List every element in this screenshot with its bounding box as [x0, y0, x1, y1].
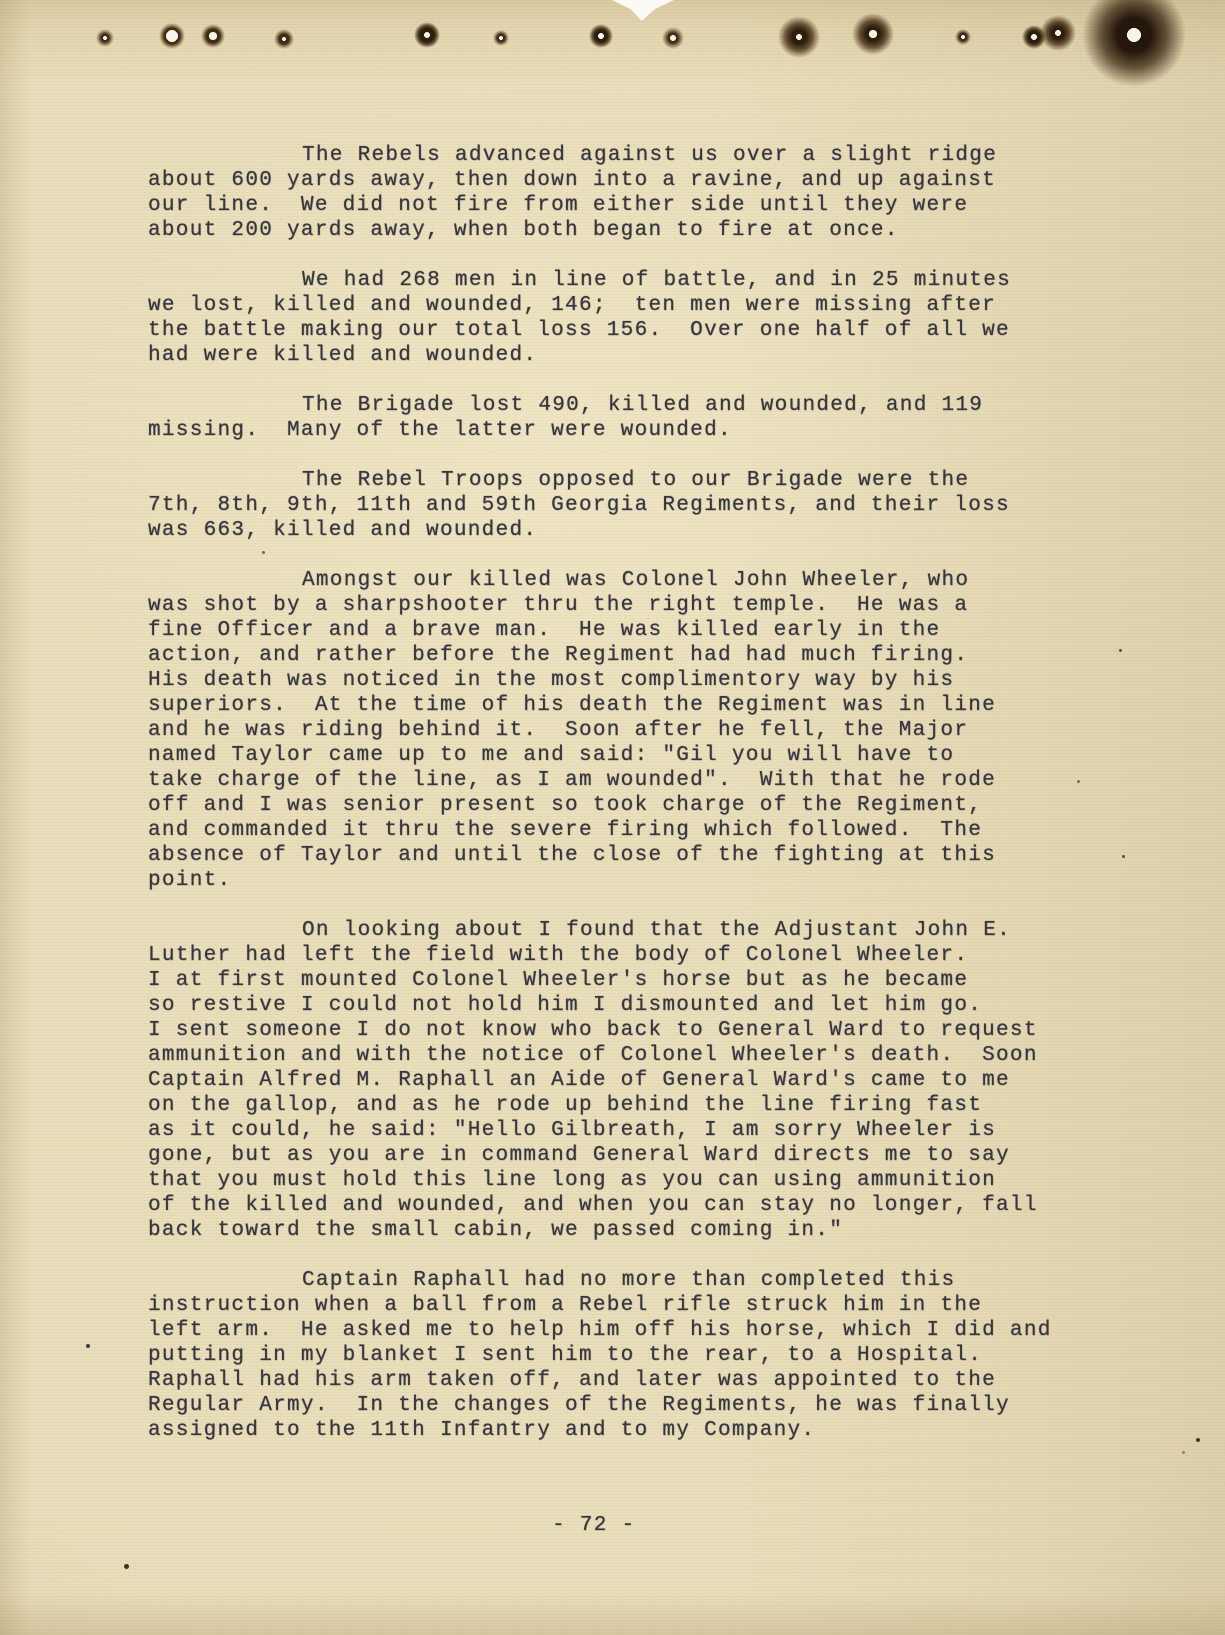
- text-line: I sent someone I do not know who back to…: [148, 1018, 1178, 1043]
- text-line: missing. Many of the latter were wounded…: [148, 418, 1178, 443]
- text-line: about 200 yards away, when both began to…: [148, 218, 1178, 243]
- staple-hole: [414, 22, 440, 48]
- text-line: superiors. At the time of his death the …: [148, 693, 1178, 718]
- text-line: back toward the small cabin, we passed c…: [148, 1218, 1178, 1243]
- text-line: The Brigade lost 490, killed and wounded…: [148, 393, 1178, 418]
- text-line: Raphall had his arm taken off, and later…: [148, 1368, 1178, 1393]
- text-line: absence of Taylor and until the close of…: [148, 843, 1178, 868]
- staple-hole: [96, 29, 114, 47]
- text-line: The Rebels advanced against us over a sl…: [148, 143, 1178, 168]
- staple-hole: [159, 23, 185, 49]
- text-line: of the killed and wounded, and when you …: [148, 1193, 1178, 1218]
- staple-hole: [852, 13, 894, 55]
- text-line: ammunition and with the notice of Colone…: [148, 1043, 1178, 1068]
- paper-speck: [86, 1344, 90, 1348]
- staple-hole: [274, 29, 294, 49]
- text-line: on the gallop, and as he rode up behind …: [148, 1093, 1178, 1118]
- text-line: about 600 yards away, then down into a r…: [148, 168, 1178, 193]
- paragraph: The Rebel Troops opposed to our Brigade …: [148, 468, 1178, 543]
- paragraph: The Rebels advanced against us over a sl…: [148, 143, 1178, 243]
- staple-hole: [1040, 15, 1076, 51]
- text-line: and commanded it thru the severe firing …: [148, 818, 1178, 843]
- staple-hole: [201, 24, 225, 48]
- document-page: The Rebels advanced against us over a sl…: [0, 0, 1225, 1635]
- text-line: action, and rather before the Regiment h…: [148, 643, 1178, 668]
- paragraph: We had 268 men in line of battle, and in…: [148, 268, 1178, 368]
- text-line: Captain Raphall had no more than complet…: [148, 1268, 1178, 1293]
- text-line: off and I was senior present so took cha…: [148, 793, 1178, 818]
- text-line: Captain Alfred M. Raphall an Aide of Gen…: [148, 1068, 1178, 1093]
- paper-speck: [1196, 1438, 1200, 1442]
- text-line: On looking about I found that the Adjust…: [148, 918, 1178, 943]
- staple-hole: [493, 30, 509, 46]
- text-line: The Rebel Troops opposed to our Brigade …: [148, 468, 1178, 493]
- text-line: was 663, killed and wounded.: [148, 518, 1178, 543]
- staple-hole: [1082, 0, 1186, 87]
- text-line: Amongst our killed was Colonel John Whee…: [148, 568, 1178, 593]
- text-line: Regular Army. In the changes of the Regi…: [148, 1393, 1178, 1418]
- text-line: 7th, 8th, 9th, 11th and 59th Georgia Reg…: [148, 493, 1178, 518]
- text-line: putting in my blanket I sent him to the …: [148, 1343, 1178, 1368]
- paragraph: On looking about I found that the Adjust…: [148, 918, 1178, 1243]
- paragraph: Amongst our killed was Colonel John Whee…: [148, 568, 1178, 893]
- text-line: so restive I could not hold him I dismou…: [148, 993, 1178, 1018]
- text-line: our line. We did not fire from either si…: [148, 193, 1178, 218]
- text-line: assigned to the 11th Infantry and to my …: [148, 1418, 1178, 1443]
- text-line: We had 268 men in line of battle, and in…: [148, 268, 1178, 293]
- text-line: point.: [148, 868, 1178, 893]
- text-line: His death was noticed in the most compli…: [148, 668, 1178, 693]
- typewritten-text: The Rebels advanced against us over a sl…: [148, 143, 1178, 1443]
- staple-hole: [589, 24, 613, 48]
- text-line: that you must hold this line long as you…: [148, 1168, 1178, 1193]
- text-line: gone, but as you are in command General …: [148, 1143, 1178, 1168]
- torn-notch: [612, 0, 674, 22]
- text-line: fine Officer and a brave man. He was kil…: [148, 618, 1178, 643]
- staple-hole: [955, 29, 971, 45]
- paper-speck: [1182, 1451, 1185, 1454]
- staple-hole: [662, 27, 684, 49]
- page-number: - 72 -: [552, 1513, 635, 1538]
- text-line: as it could, he said: "Hello Gilbreath, …: [148, 1118, 1178, 1143]
- staple-hole: [1022, 25, 1046, 49]
- staple-hole: [778, 16, 820, 58]
- paragraph: The Brigade lost 490, killed and wounded…: [148, 393, 1178, 443]
- paragraph: Captain Raphall had no more than complet…: [148, 1268, 1178, 1443]
- text-line: left arm. He asked me to help him off hi…: [148, 1318, 1178, 1343]
- text-line: and he was riding behind it. Soon after …: [148, 718, 1178, 743]
- text-line: Luther had left the field with the body …: [148, 943, 1178, 968]
- text-line: we lost, killed and wounded, 146; ten me…: [148, 293, 1178, 318]
- text-line: named Taylor came up to me and said: "Gi…: [148, 743, 1178, 768]
- text-line: was shot by a sharpshooter thru the righ…: [148, 593, 1178, 618]
- text-line: I at first mounted Colonel Wheeler's hor…: [148, 968, 1178, 993]
- text-line: the battle making our total loss 156. Ov…: [148, 318, 1178, 343]
- text-line: take charge of the line, as I am wounded…: [148, 768, 1178, 793]
- paper-speck: [124, 1564, 129, 1569]
- text-line: had were killed and wounded.: [148, 343, 1178, 368]
- text-line: instruction when a ball from a Rebel rif…: [148, 1293, 1178, 1318]
